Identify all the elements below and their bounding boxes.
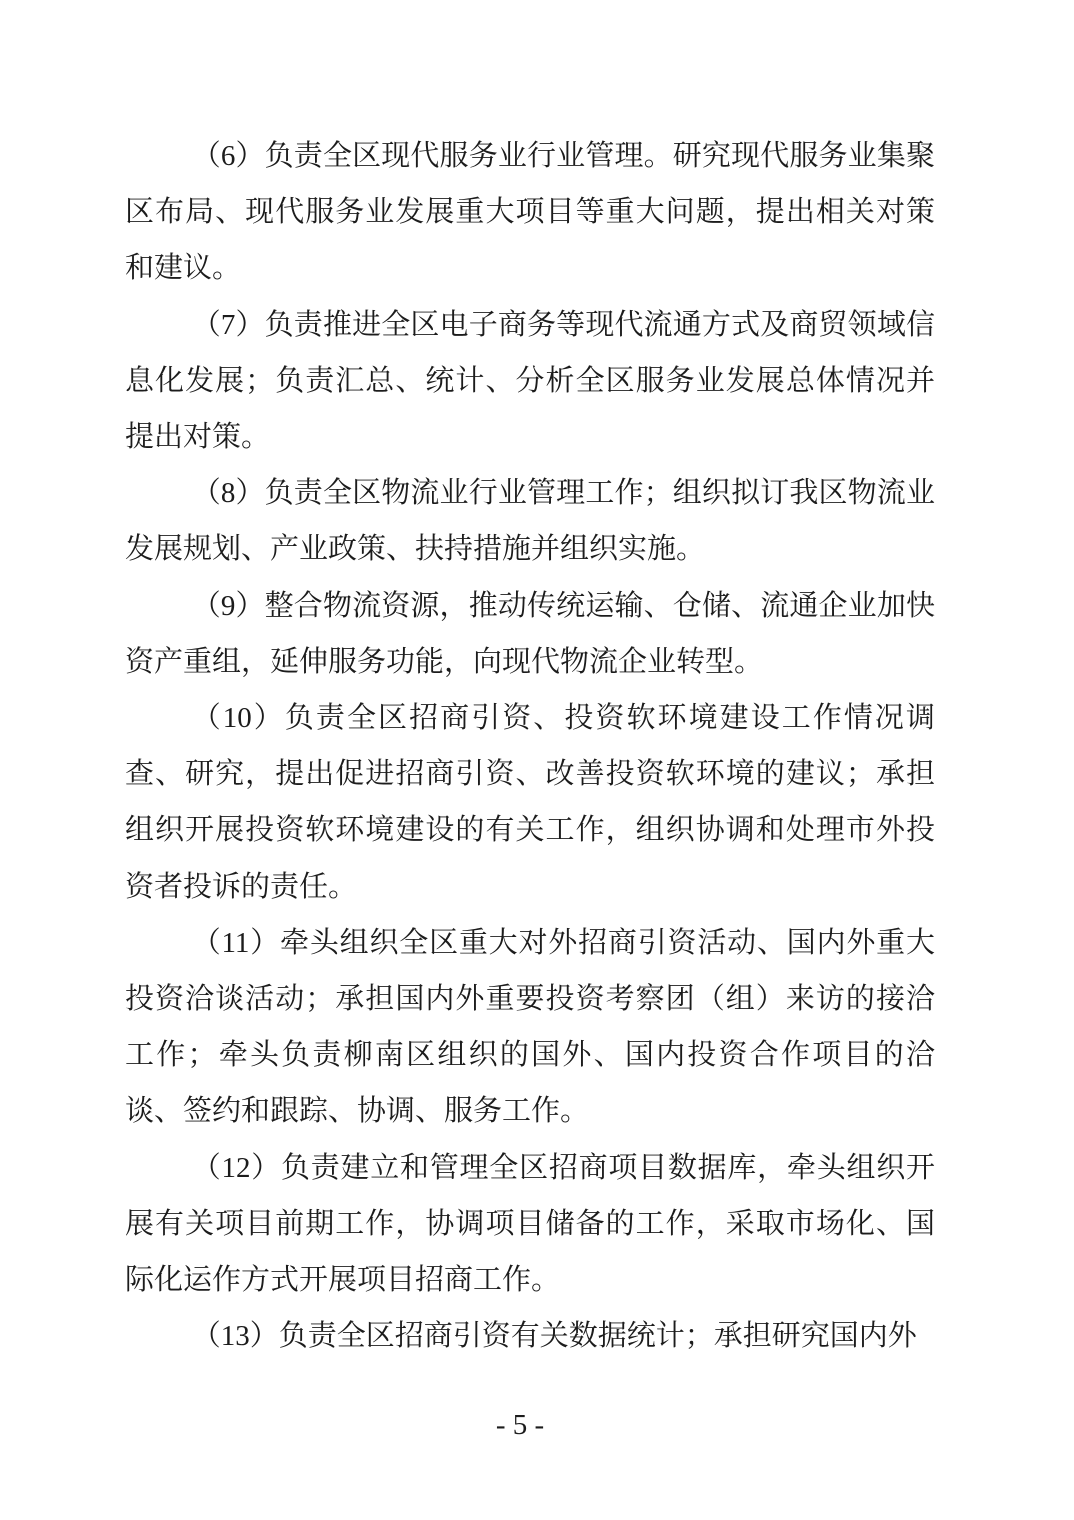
clause-paragraph-10: （10）负责全区招商引资、投资软环境建设工作情况调查、研究，提出促进招商引资、改… (125, 690, 935, 915)
clause-paragraph-6: （6）负责全区现代服务业行业管理。研究现代服务业集聚区布局、现代服务业发展重大项… (125, 128, 935, 297)
clause-paragraph-13: （13）负责全区招商引资有关数据统计；承担研究国内外 (125, 1308, 935, 1364)
clause-paragraph-11: （11）牵头组织全区重大对外招商引资活动、国内外重大投资洽谈活动；承担国内外重要… (125, 915, 935, 1140)
clause-paragraph-12: （12）负责建立和管理全区招商项目数据库，牵头组织开展有关项目前期工作，协调项目… (125, 1140, 935, 1309)
document-page: （6）负责全区现代服务业行业管理。研究现代服务业集聚区布局、现代服务业发展重大项… (0, 0, 1074, 1520)
clause-paragraph-8: （8）负责全区物流业行业管理工作；组织拟订我区物流业发展规划、产业政策、扶持措施… (125, 465, 935, 577)
clause-paragraph-7: （7）负责推进全区电子商务等现代流通方式及商贸领域信息化发展；负责汇总、统计、分… (125, 297, 935, 466)
clause-paragraph-9: （9）整合物流资源，推动传统运输、仓储、流通企业加快资产重组，延伸服务功能，向现… (125, 578, 935, 690)
document-body: （6）负责全区现代服务业行业管理。研究现代服务业集聚区布局、现代服务业发展重大项… (125, 128, 935, 1364)
page-number: - 5 - (125, 1408, 915, 1442)
